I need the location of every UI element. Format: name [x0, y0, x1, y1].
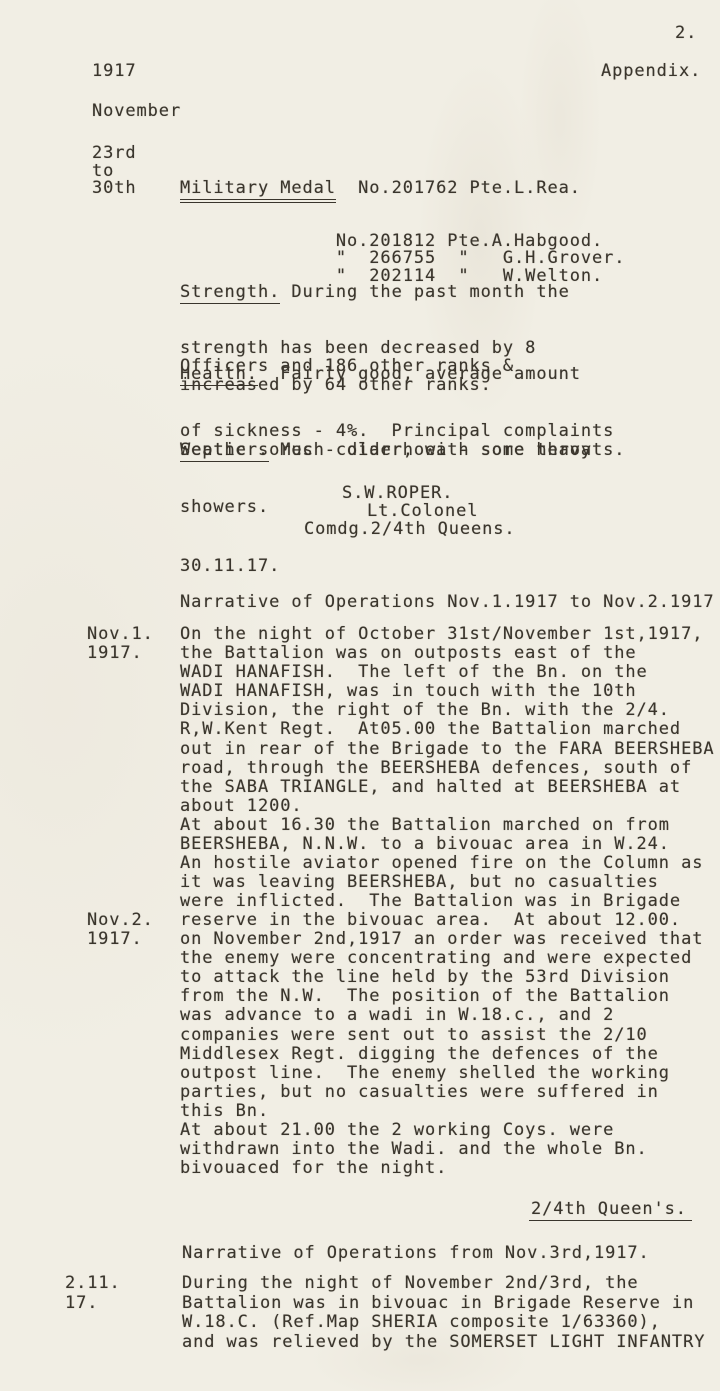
text-line: road, through the BEERSHEBA defences, so…	[180, 759, 714, 778]
text-line: bivouaced for the night.	[180, 1159, 703, 1178]
text-line: was advance to a wadi in W.18.c., and 2	[180, 1006, 703, 1025]
text-line: and was relieved by the SOMERSET LIGHT I…	[182, 1333, 705, 1353]
page-number: 2.	[675, 23, 697, 43]
text-line: During the night of November 2nd/3rd, th…	[182, 1274, 705, 1294]
text-line: At about 21.00 the 2 working Coys. were	[180, 1121, 703, 1140]
text-line: Middlesex Regt. digging the defences of …	[180, 1045, 703, 1064]
text-line: Nov.1.	[87, 625, 154, 644]
weather-first-line: Weather. Much colder, with some heavy	[180, 441, 592, 460]
text-line: Nov.2.	[87, 911, 154, 930]
narrative-nov3-heading: Narrative of Operations from Nov.3rd,191…	[182, 1243, 650, 1263]
signature-name: S.W.ROPER.	[342, 483, 453, 503]
medal-date-range: 23rdto30th	[92, 145, 137, 198]
date-label-nov2: Nov.2.1917.	[87, 911, 154, 949]
text-line: At about 16.30 the Battalion marched on …	[180, 816, 714, 835]
weather-rest: Much colder, with some heavy	[269, 440, 592, 460]
year-label: 1917	[92, 61, 137, 81]
appendix-label: Appendix.	[601, 61, 701, 81]
medal-first-entry: No.201762 Pte.L.Rea.	[336, 178, 581, 198]
narrative-nov1-part1: On the night of October 31st/November 1s…	[180, 625, 714, 911]
text-line: 2.11.	[65, 1274, 121, 1294]
narrative-nov1-part2: reserve in the bivouac area. At about 12…	[180, 911, 703, 1178]
text-line: about 1200.	[180, 797, 714, 816]
text-line: 23rd	[92, 145, 137, 163]
signature-rank: Lt.Colonel	[367, 501, 478, 521]
text-line: from the N.W. The position of the Battal…	[180, 987, 703, 1006]
text-line: Division, the right of the Bn. with the …	[180, 701, 714, 720]
text-line: WADI HANAFISH. The left of the Bn. on th…	[180, 663, 714, 682]
text-line: An hostile aviator opened fire on the Co…	[180, 854, 714, 873]
text-line: 30th	[92, 180, 137, 198]
text-line: the SABA TRIANGLE, and halted at BEERSHE…	[180, 778, 714, 797]
health-first-line: Health. Fairly good, average amount	[180, 365, 625, 384]
date-label-nov3: 2.11.17.	[65, 1274, 121, 1313]
strength-heading: Strength.	[180, 282, 280, 304]
health-rest: Fairly good, average amount	[258, 364, 581, 384]
narrative-nov1-heading: Narrative of Operations Nov.1.1917 to No…	[180, 592, 714, 612]
text-line: it was leaving BEERSHEBA, but no casualt…	[180, 873, 714, 892]
text-line: to attack the line held by the 53rd Divi…	[180, 968, 703, 987]
text-line: 1917.	[87, 644, 154, 663]
weather-heading: Weather.	[180, 440, 269, 462]
text-line: were inflicted. The Battalion was in Bri…	[180, 892, 714, 911]
text-line: this Bn.	[180, 1102, 703, 1121]
text-line: 17.	[65, 1294, 121, 1314]
text-line: 1917.	[87, 930, 154, 949]
unit-heading-text: 2/4th Queen's.	[529, 1199, 692, 1221]
date-signed: 30.11.17.	[180, 556, 280, 576]
text-line: R,W.Kent Regt. At05.00 the Battalion mar…	[180, 720, 714, 739]
text-line: Battalion was in bivouac in Brigade Rese…	[182, 1294, 705, 1314]
text-line: the enemy were concentrating and were ex…	[180, 949, 703, 968]
narrative-nov3-lines: During the night of November 2nd/3rd, th…	[182, 1274, 705, 1352]
text-line: On the night of October 31st/November 1s…	[180, 625, 714, 644]
text-line: parties, but no casualties were suffered…	[180, 1083, 703, 1102]
health-heading: Health.	[180, 364, 258, 386]
text-line: the Battalion was on outposts east of th…	[180, 644, 714, 663]
text-line: WADI HANAFISH, was in touch with the 10t…	[180, 682, 714, 701]
strength-rest: During the past month the	[280, 282, 570, 302]
text-line: companies were sent out to assist the 2/…	[180, 1026, 703, 1045]
text-line: on November 2nd,1917 an order was receiv…	[180, 930, 703, 949]
date-label-nov1: Nov.1.1917.	[87, 625, 154, 663]
medal-heading: Military Medal	[180, 178, 336, 203]
month-label: November	[92, 101, 181, 121]
text-line: BEERSHEBA, N.N.W. to a bivouac area in W…	[180, 835, 714, 854]
unit-heading: 2/4th Queen's.	[531, 1199, 692, 1219]
text-line: reserve in the bivouac area. At about 12…	[180, 911, 703, 930]
text-line: W.18.C. (Ref.Map SHERIA composite 1/6336…	[182, 1313, 705, 1333]
text-line: out in rear of the Brigade to the FARA B…	[180, 740, 714, 759]
signature-command: Comdg.2/4th Queens.	[304, 519, 516, 539]
medal-first-line: Military Medal No.201762 Pte.L.Rea.	[180, 180, 625, 198]
text-line: withdrawn into the Wadi. and the whole B…	[180, 1140, 703, 1159]
text-line: outpost line. The enemy shelled the work…	[180, 1064, 703, 1083]
war-diary-scan: { "page": { "number": "2.", "year": "191…	[0, 0, 720, 1391]
strength-first-line: Strength. During the past month the	[180, 283, 570, 302]
